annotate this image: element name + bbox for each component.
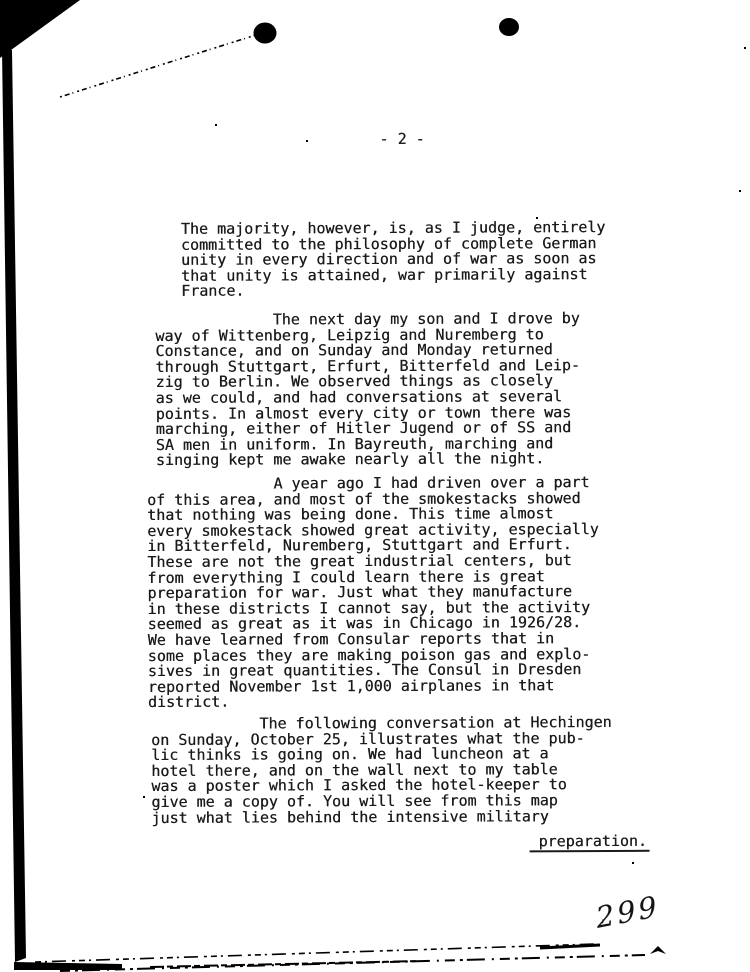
paragraph-smokestacks-war-preparation: A year ago I had driven over a part of t… [147, 475, 600, 711]
paragraph-majority-committed: The majority, however, is, as I judge, e… [181, 220, 606, 300]
catchword-next-page: preparation. [530, 833, 650, 853]
page-number: - 2 - [379, 131, 424, 147]
paragraph-drive-through-germany: The next day my son and I drove by way o… [155, 311, 580, 469]
typed-text-layer: - 2 - The majority, however, is, as I ju… [0, 0, 750, 972]
paragraph-hechingen-conversation: The following conversation at Hechingen … [151, 715, 612, 826]
scanned-document-page: - 2 - The majority, however, is, as I ju… [0, 0, 750, 972]
